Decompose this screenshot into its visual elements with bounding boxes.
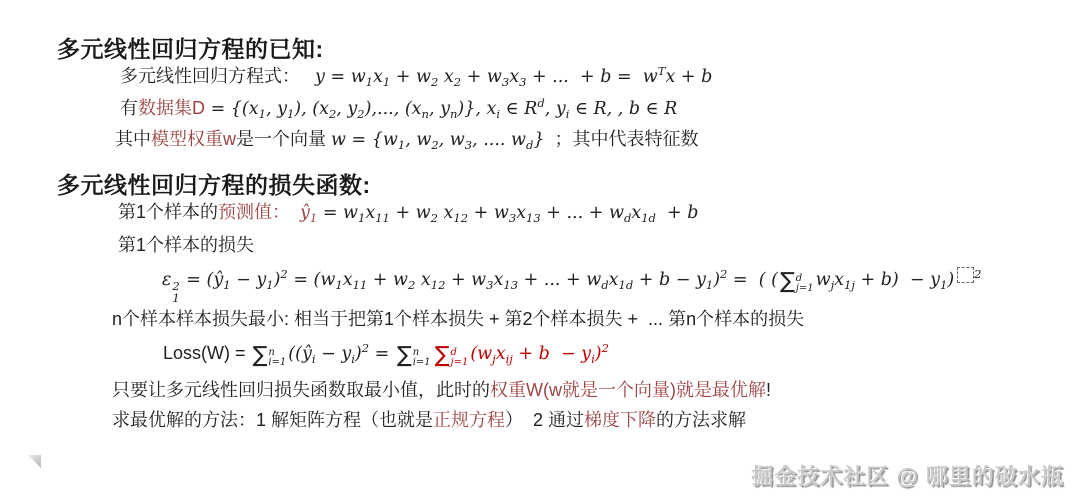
subscript: 1d	[641, 211, 656, 225]
text-segment: 多元线性回归方程式：	[120, 66, 315, 86]
text-segment: 其中	[115, 129, 151, 149]
superscript: d	[537, 96, 544, 110]
math-segment: )}, x	[457, 99, 496, 119]
math-segment: , y	[545, 99, 566, 119]
text-segment: 第1个样本的损失	[118, 235, 254, 255]
subscript: 1	[335, 278, 342, 292]
math-segment: + b − y	[633, 270, 706, 290]
subscript: d	[601, 278, 608, 292]
math-segment: =	[369, 344, 395, 364]
math-segment: )	[595, 344, 602, 364]
text-segment: 预测值：	[218, 202, 300, 222]
math-segment: ∈ R	[500, 99, 537, 119]
text-segment: Loss(W) =	[163, 343, 251, 363]
math-segment: }	[533, 130, 544, 150]
math-segment: x	[415, 270, 430, 290]
math-segment: = w	[317, 203, 358, 223]
math-segment: (w	[470, 344, 492, 364]
math-segment: + w	[461, 67, 502, 87]
math-segment: , w	[405, 130, 431, 150]
math-segment: x	[516, 203, 526, 223]
text-segment: !	[766, 380, 771, 400]
math-segment: ε	[162, 270, 171, 290]
prediction-line: 第1个样本的预测值： ŷ1 = w1x11 + w2 x12 + w3x13 +…	[118, 201, 698, 226]
sum-symbol: ∑ni=1	[397, 345, 431, 367]
math-segment: ∈ R, , b ∈ R	[569, 99, 677, 119]
subscript: 11	[353, 278, 368, 292]
subscript: 13	[526, 211, 541, 225]
subscript: 2	[357, 107, 364, 121]
math-segment: + w	[390, 67, 431, 87]
subscript: 1	[266, 278, 273, 292]
math-segment: = ( (	[727, 270, 778, 290]
superscript: 2	[602, 341, 609, 355]
epsilon-loss-equation: ε21 = (ŷ1 − y1)2 = (w1x11 + w2 x12 + w3x…	[162, 267, 981, 304]
text-segment: 数据集D	[138, 98, 205, 118]
superscript: 2	[974, 267, 981, 281]
math-segment: x	[631, 203, 641, 223]
sum-symbol: ∑ni=1	[253, 345, 287, 367]
math-segment: , .... w	[472, 130, 526, 150]
subscript: 1	[366, 75, 373, 89]
subscript: 1d	[619, 278, 634, 292]
subscript: 2	[454, 75, 461, 89]
math-segment: + b − y	[513, 344, 591, 364]
math-segment: = (w	[288, 270, 336, 290]
text-segment: 的方法求解	[656, 410, 746, 430]
subscript: 11	[375, 211, 390, 225]
math-segment: x	[496, 344, 506, 364]
math-segment: ), (x	[294, 99, 329, 119]
clipped-page-title: 多元线性回归方程 —— 三元方程图像	[24, 0, 506, 11]
sum-symbol: ∑dj=1	[435, 345, 469, 367]
watermark: 掘金技术社区 @ 哪里的破水瓶	[751, 460, 1064, 491]
weight-vector-line: 其中模型权重w是一个向量 w = {w1, w2, w3, .... wd} ；…	[115, 128, 699, 153]
subscript: 12	[453, 211, 468, 225]
subscript: ij	[506, 352, 513, 366]
sample-loss-label: 第1个样本的损失	[118, 234, 254, 257]
math-segment: )	[355, 344, 362, 364]
math-segment: x	[494, 270, 504, 290]
math-segment: x	[343, 270, 353, 290]
text-segment: 求最优解的方法：1 解矩阵方程（也就是	[112, 410, 433, 430]
text-segment: 只要让多元线性回归损失函数取最小值，此时的	[112, 380, 490, 400]
math-segment: + w	[468, 203, 509, 223]
regression-equation-line: 多元线性回归方程式： y = w1x1 + w2 x2 + w3x3 + ...…	[120, 64, 712, 90]
math-segment: + b) − y	[855, 270, 940, 290]
text-segment: ） 2 通过	[505, 410, 584, 430]
math-segment: , y	[429, 99, 450, 119]
math-segment: ),..., (x	[365, 99, 422, 119]
section-heading-loss: 多元线性回归方程的损失函数:	[57, 167, 371, 200]
math-segment: x + b	[665, 67, 712, 87]
sum-symbol: ∑dj=1	[780, 271, 814, 293]
stacked-script: 21	[172, 281, 179, 304]
dataset-line: 有数据集D = {(x1, y1), (x2, y2),..., (xn, yn…	[120, 96, 677, 122]
text-segment: ；其中代表特征数	[545, 129, 699, 149]
math-segment: x	[373, 67, 383, 87]
text-segment: 第1个样本的	[118, 202, 218, 222]
math-segment: + ... + w	[518, 270, 601, 290]
text-segment: 模型权重w	[151, 129, 236, 149]
subscript: 12	[431, 278, 446, 292]
document-page: 多元线性回归方程 —— 三元方程图像 多元线性回归方程的已知: 多元线性回归方程…	[0, 0, 1088, 499]
text-segment: 是一个向量	[236, 129, 331, 149]
n-samples-loss-line: n个样本样本损失最小: 相当于把第1个样本损失 + 第2个样本损失 + ... …	[112, 308, 804, 331]
math-segment: ((ŷ	[288, 344, 312, 364]
corner-triangle-mark	[28, 455, 41, 468]
math-segment: x	[509, 67, 519, 87]
math-segment: y = w	[315, 67, 366, 87]
math-segment: w	[816, 270, 831, 290]
text-segment: n个样本样本损失最小: 相当于把第1个样本损失 + 第2个样本损失 + ... …	[112, 309, 804, 329]
math-segment: + ... + b = w	[526, 67, 657, 87]
subscript: 3	[465, 138, 472, 152]
superscript: 2	[280, 267, 287, 281]
superscript: 2	[362, 341, 369, 355]
solution-methods-line: 求最优解的方法：1 解矩阵方程（也就是正规方程） 2 通过梯度下降的方法求解	[112, 409, 746, 432]
optimal-solution-note: 只要让多元线性回归损失函数取最小值，此时的权重W(w就是一个向量)就是最优解!	[112, 379, 771, 402]
math-segment: , y	[336, 99, 357, 119]
text-segment: 权重W(w就是一个向量)就是最优解	[490, 380, 766, 400]
math-segment: , w	[439, 130, 465, 150]
math-segment: x	[438, 67, 453, 87]
math-segment: )	[947, 270, 954, 290]
math-segment: − y	[231, 270, 267, 290]
math-segment: w = {w	[331, 130, 398, 150]
subscript: 1	[223, 278, 230, 292]
math-segment: + w	[445, 270, 486, 290]
math-segment: , y	[266, 99, 287, 119]
math-segment: x	[609, 270, 619, 290]
subscript: 2	[431, 211, 438, 225]
math-segment: x	[365, 203, 375, 223]
math-segment: x	[438, 203, 453, 223]
math-segment: ŷ	[300, 203, 310, 223]
math-segment: + w	[390, 203, 431, 223]
subscript: 13	[503, 278, 518, 292]
math-segment: = (ŷ	[181, 270, 224, 290]
math-segment: )	[713, 270, 720, 290]
section-heading-known: 多元线性回归方程的已知:	[57, 31, 324, 64]
text-segment: 有	[120, 98, 138, 118]
subscript: 3	[486, 278, 493, 292]
placeholder-box	[957, 267, 974, 283]
math-segment: + b	[656, 203, 699, 223]
math-segment: = {(x	[205, 99, 259, 119]
text-segment: 正规方程	[433, 410, 505, 430]
subscript: 1j	[844, 278, 855, 292]
subscript: 1	[259, 107, 266, 121]
math-segment: + ... + w	[541, 203, 624, 223]
subscript: n	[422, 107, 429, 121]
math-segment: + w	[367, 270, 408, 290]
subscript: 2	[431, 138, 438, 152]
loss-function-equation: Loss(W) = ∑ni=1((ŷi − yi)2 = ∑ni=1∑dj=1(…	[163, 341, 609, 367]
math-segment: x	[834, 270, 844, 290]
text-segment: 梯度下降	[584, 410, 656, 430]
math-segment: − y	[316, 344, 352, 364]
